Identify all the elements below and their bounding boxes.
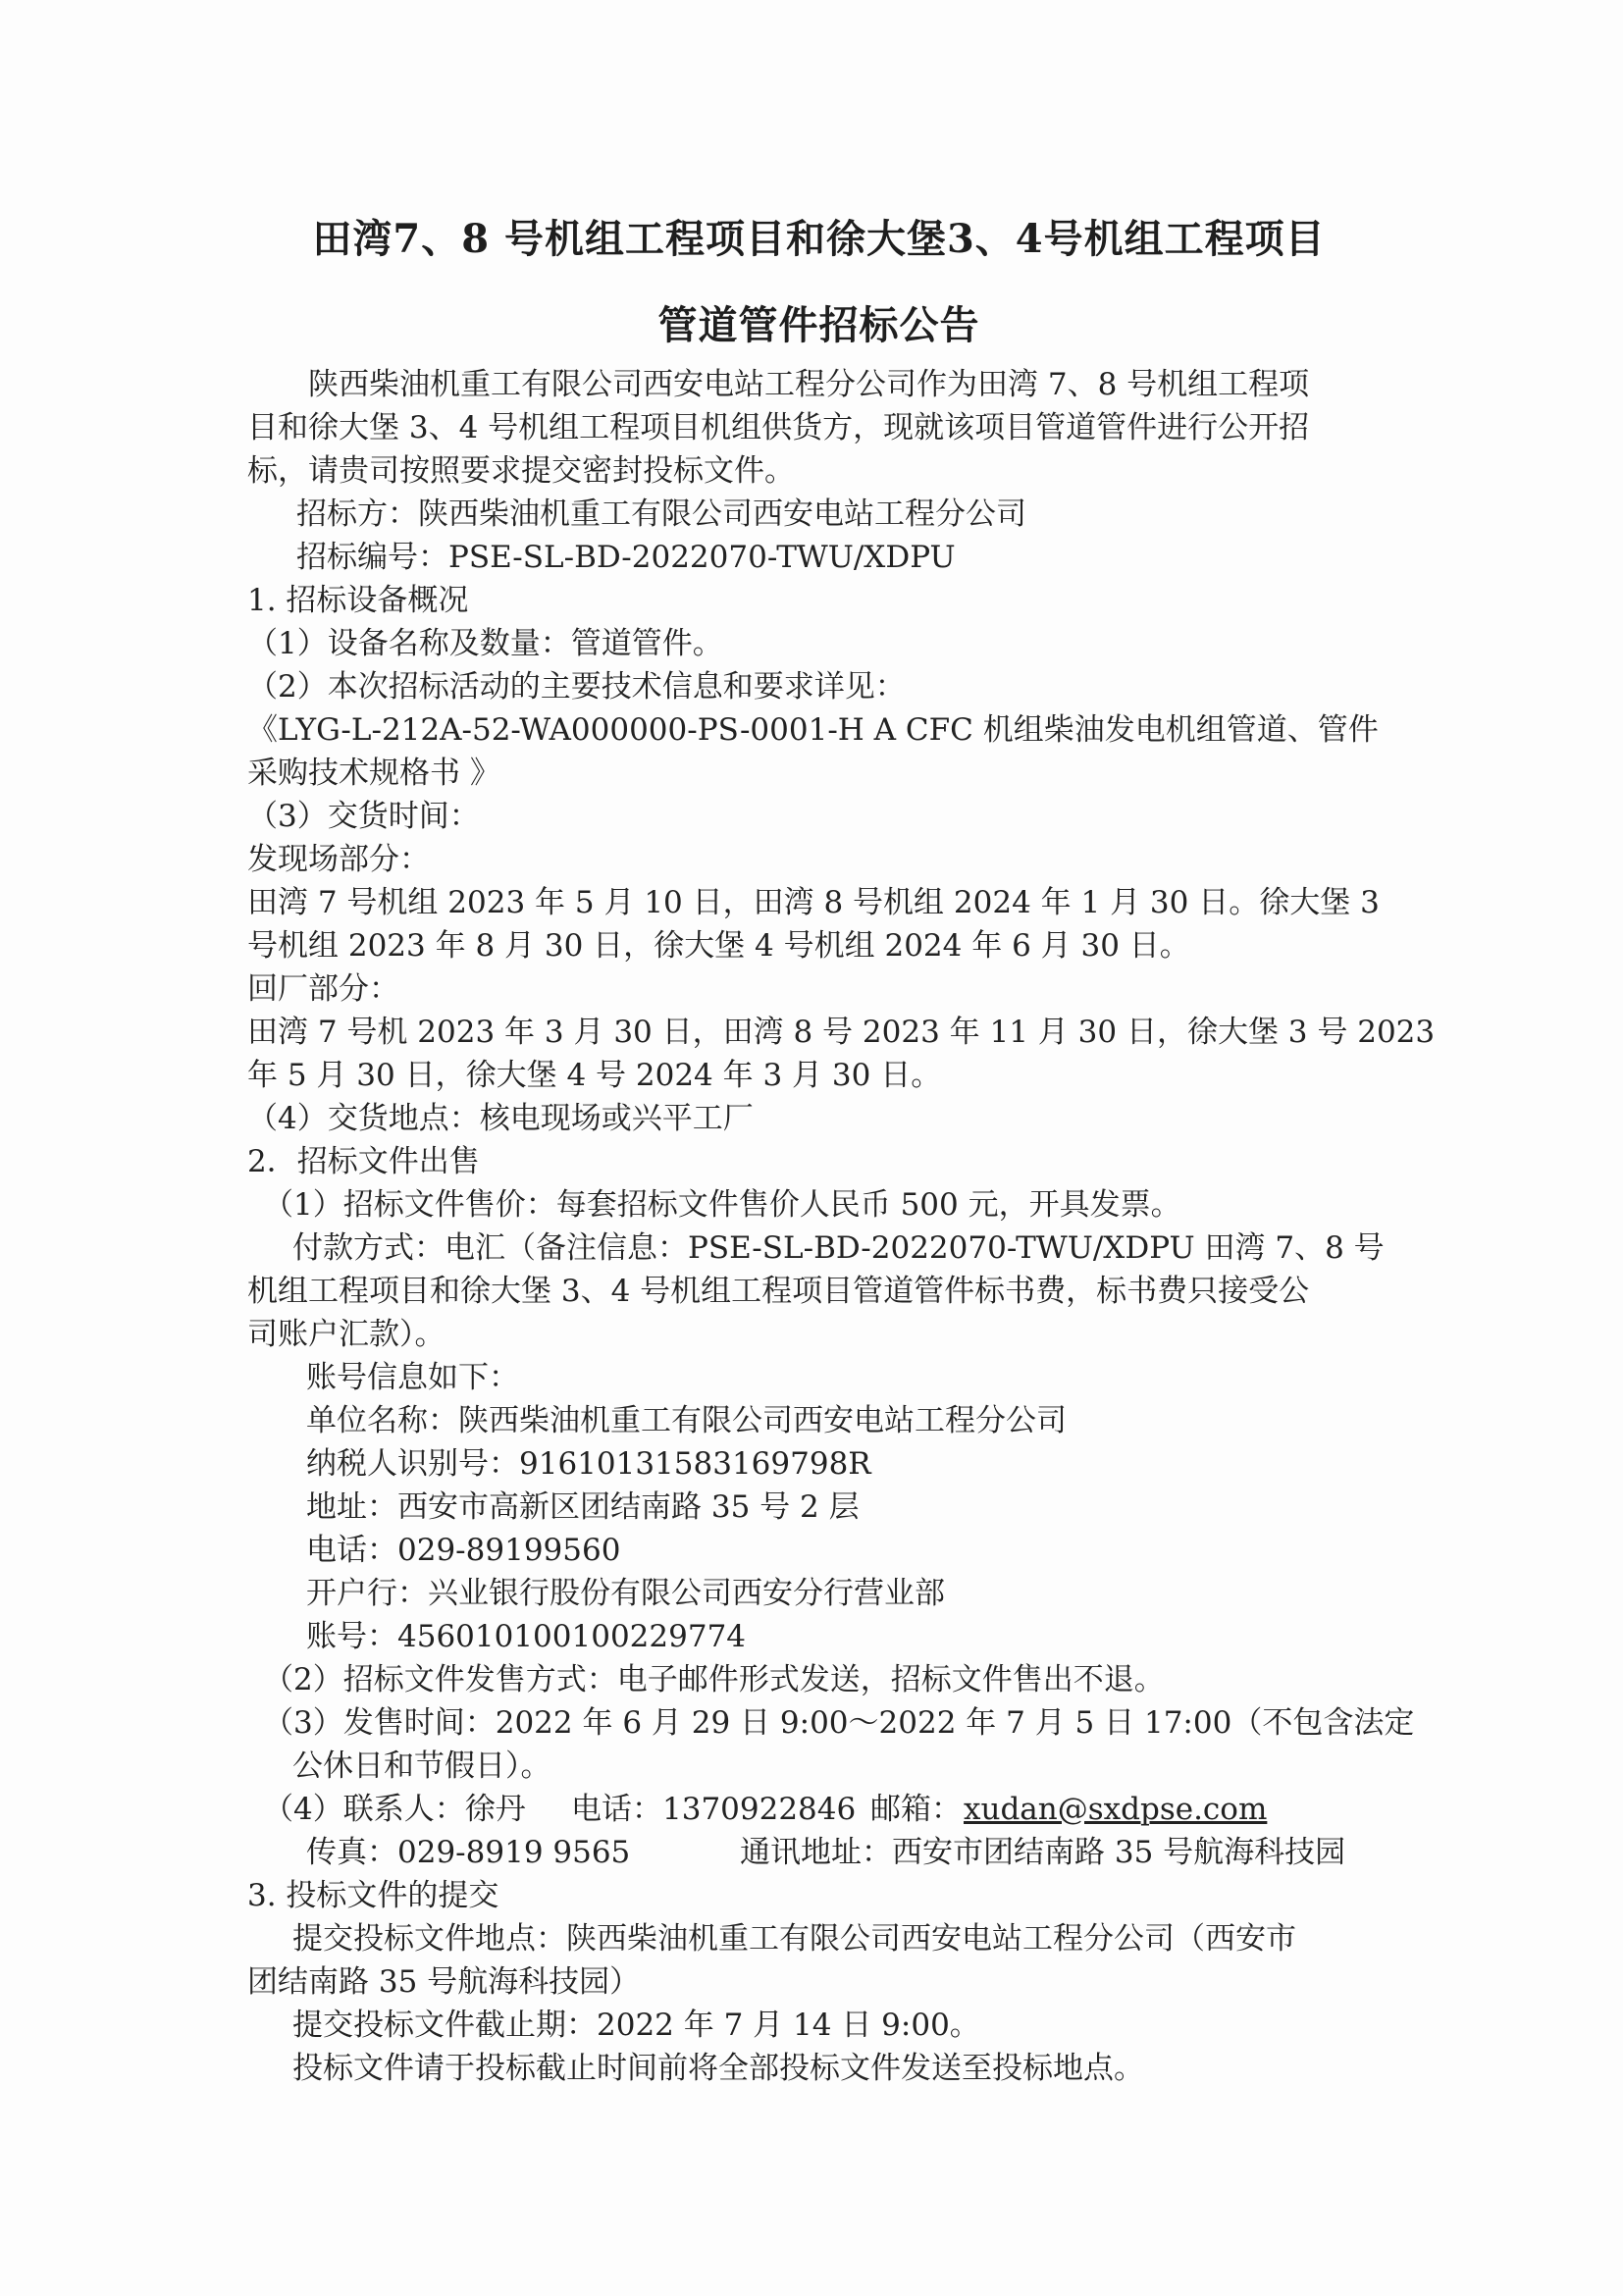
payment-line2: 机组工程项目和徐大堡 3、4 号机组工程项目管道管件标书费，标书费只接受公 <box>247 1270 1309 1313</box>
section1-item1: （1）设备名称及数量：管道管件。 <box>247 622 723 665</box>
section1-item3: （3）交货时间： <box>247 795 480 838</box>
account-taxpayer-id: 纳税人识别号：91610131583169798R <box>306 1442 871 1486</box>
contact-phone: 电话：1370922846 <box>571 1788 856 1831</box>
section3-heading: 3. 投标文件的提交 <box>247 1874 498 1917</box>
contact-fax: 传真：029-8919 9565 <box>306 1831 630 1874</box>
section2-item2: （2）招标文件发售方式：电子邮件形式发送，招标文件售出不退。 <box>263 1658 1165 1701</box>
factory-line1: 田湾 7 号机 2023 年 3 月 30 日，田湾 8 号 2023 年 11… <box>247 1011 1435 1054</box>
tender-number: 招标编号：PSE-SL-BD-2022070-TWU/XDPU <box>296 536 956 579</box>
section2-item3-line2: 公休日和节假日）。 <box>292 1745 551 1788</box>
account-heading: 账号信息如下： <box>306 1356 519 1399</box>
factory-label: 回厂部分： <box>247 967 399 1011</box>
contact-mail-address: 通讯地址：西安市团结南路 35 号航海科技园 <box>740 1831 1345 1874</box>
section1-item2: （2）本次招标活动的主要技术信息和要求详见： <box>247 665 906 708</box>
contact-email-link[interactable]: xudan@sxdpse.com <box>964 1788 1267 1831</box>
account-phone: 电话：029-89199560 <box>306 1529 620 1572</box>
section1-item4: （4）交货地点：核电现场或兴平工厂 <box>247 1097 754 1140</box>
section2-heading: 2．招标文件出售 <box>247 1140 480 1183</box>
section1-heading: 1. 招标设备概况 <box>247 579 468 622</box>
document-title-line1: 田湾7、8 号机组工程项目和徐大堡3、4号机组工程项目 <box>247 208 1390 264</box>
submission-location-line1: 提交投标文件地点：陕西柴油机重工有限公司西安电站工程分公司（西安市 <box>292 1917 1296 1960</box>
account-number: 账号：456010100100229774 <box>306 1615 746 1658</box>
account-address: 地址：西安市高新区团结南路 35 号 2 层 <box>306 1486 860 1529</box>
site-label: 发现场部分： <box>247 838 430 881</box>
intro-line1: 陕西柴油机重工有限公司西安电站工程分公司作为田湾 7、8 号机组工程项 <box>308 363 1309 406</box>
submission-location-line2: 团结南路 35 号航海科技园） <box>247 1960 640 2004</box>
tenderer: 招标方：陕西柴油机重工有限公司西安电站工程分公司 <box>296 493 1026 536</box>
contact-person: （4）联系人：徐丹 <box>263 1788 526 1831</box>
payment-line3: 司账户汇款）。 <box>247 1313 445 1356</box>
spec-line2: 采购技术规格书 》 <box>247 752 500 795</box>
site-line1: 田湾 7 号机组 2023 年 5 月 10 日，田湾 8 号机组 2024 年… <box>247 881 1380 924</box>
site-line2: 号机组 2023 年 8 月 30 日，徐大堡 4 号机组 2024 年 6 月… <box>247 924 1190 967</box>
payment-line1: 付款方式：电汇（备注信息：PSE-SL-BD-2022070-TWU/XDPU … <box>292 1226 1385 1270</box>
account-unit-name: 单位名称：陕西柴油机重工有限公司西安电站工程分公司 <box>306 1399 1067 1442</box>
intro-line3: 标，请贵司按照要求提交密封投标文件。 <box>247 449 795 493</box>
section2-item1: （1）招标文件售价：每套招标文件售价人民币 500 元，开具发票。 <box>263 1183 1181 1226</box>
submission-deadline: 提交投标文件截止期：2022 年 7 月 14 日 9:00。 <box>292 2004 980 2047</box>
spec-line1: 《LYG-L-212A-52-WA000000-PS-0001-H A CFC … <box>247 708 1379 752</box>
contact-email-label: 邮箱： <box>870 1788 962 1831</box>
document-title-line2: 管道管件招标公告 <box>247 294 1390 350</box>
section2-item3-line1: （3）发售时间：2022 年 6 月 29 日 9:00～2022 年 7 月 … <box>263 1701 1414 1745</box>
submission-note: 投标文件请于投标截止时间前将全部投标文件发送至投标地点。 <box>292 2047 1144 2090</box>
account-bank: 开户行：兴业银行股份有限公司西安分行营业部 <box>306 1572 945 1615</box>
factory-line2: 年 5 月 30 日，徐大堡 4 号 2024 年 3 月 30 日。 <box>247 1054 941 1097</box>
intro-line2: 目和徐大堡 3、4 号机组工程项目机组供货方，现就该项目管道管件进行公开招 <box>247 406 1309 449</box>
